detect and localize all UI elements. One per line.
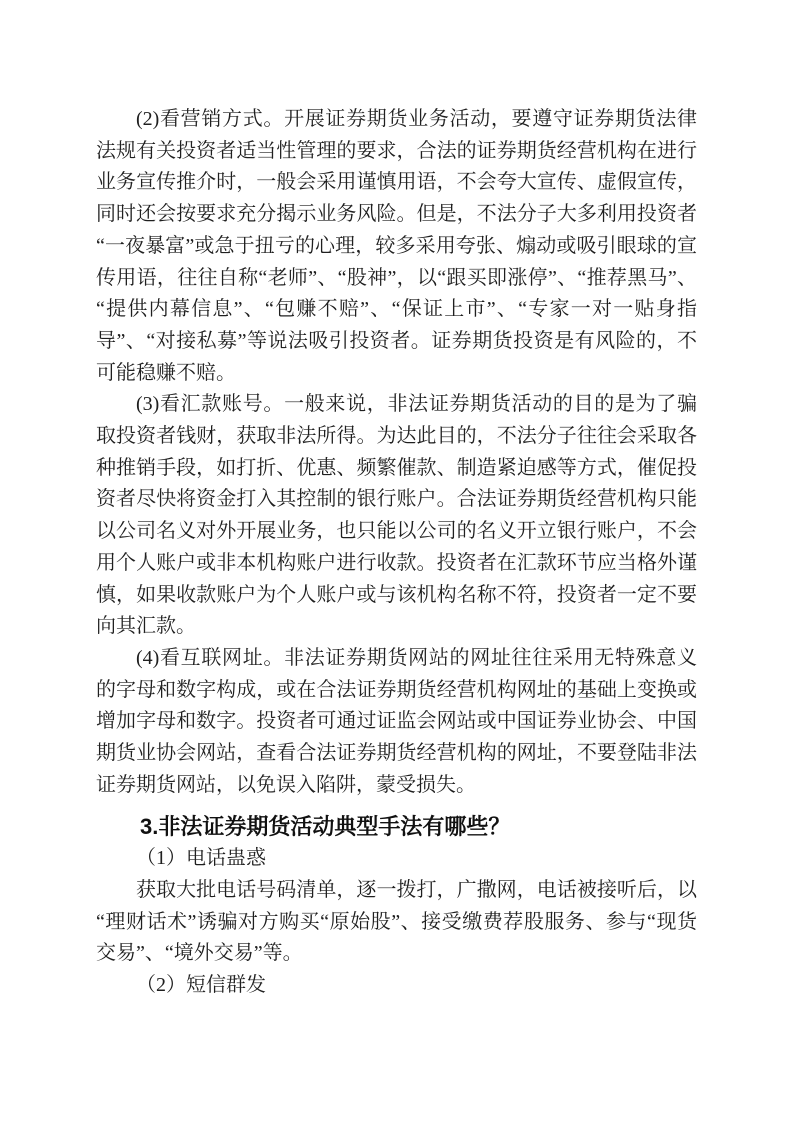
list-item-phone-scam: （1）电话蛊惑 [96, 843, 697, 875]
paragraph-website-url: (4)看互联网址。非法证券期货网站的网址往往采用无特殊意义的字母和数字构成，或在… [96, 643, 697, 802]
document-text-column: (2)看营销方式。开展证券期货业务活动，要遵守证券期货法律法规有关投资者适当性管… [96, 104, 697, 1002]
list-item-sms-blast: （2）短信群发 [96, 970, 697, 1002]
paragraph-phone-scam-detail: 获取大批电话号码清单，逐一拨打，广撒网，电话被接听后，以“理财话术”诱骗对方购买… [96, 875, 697, 970]
paragraph-remittance-account: (3)看汇款账号。一般来说，非法证券期货活动的目的是为了骗取投资者钱财，获取非法… [96, 389, 697, 643]
section-heading-typical-tactics: 3.非法证券期货活动典型手法有哪些？ [96, 811, 697, 843]
document-page: (2)看营销方式。开展证券期货业务活动，要遵守证券期货法律法规有关投资者适当性管… [0, 0, 793, 1122]
paragraph-marketing-method: (2)看营销方式。开展证券期货业务活动，要遵守证券期货法律法规有关投资者适当性管… [96, 104, 697, 389]
